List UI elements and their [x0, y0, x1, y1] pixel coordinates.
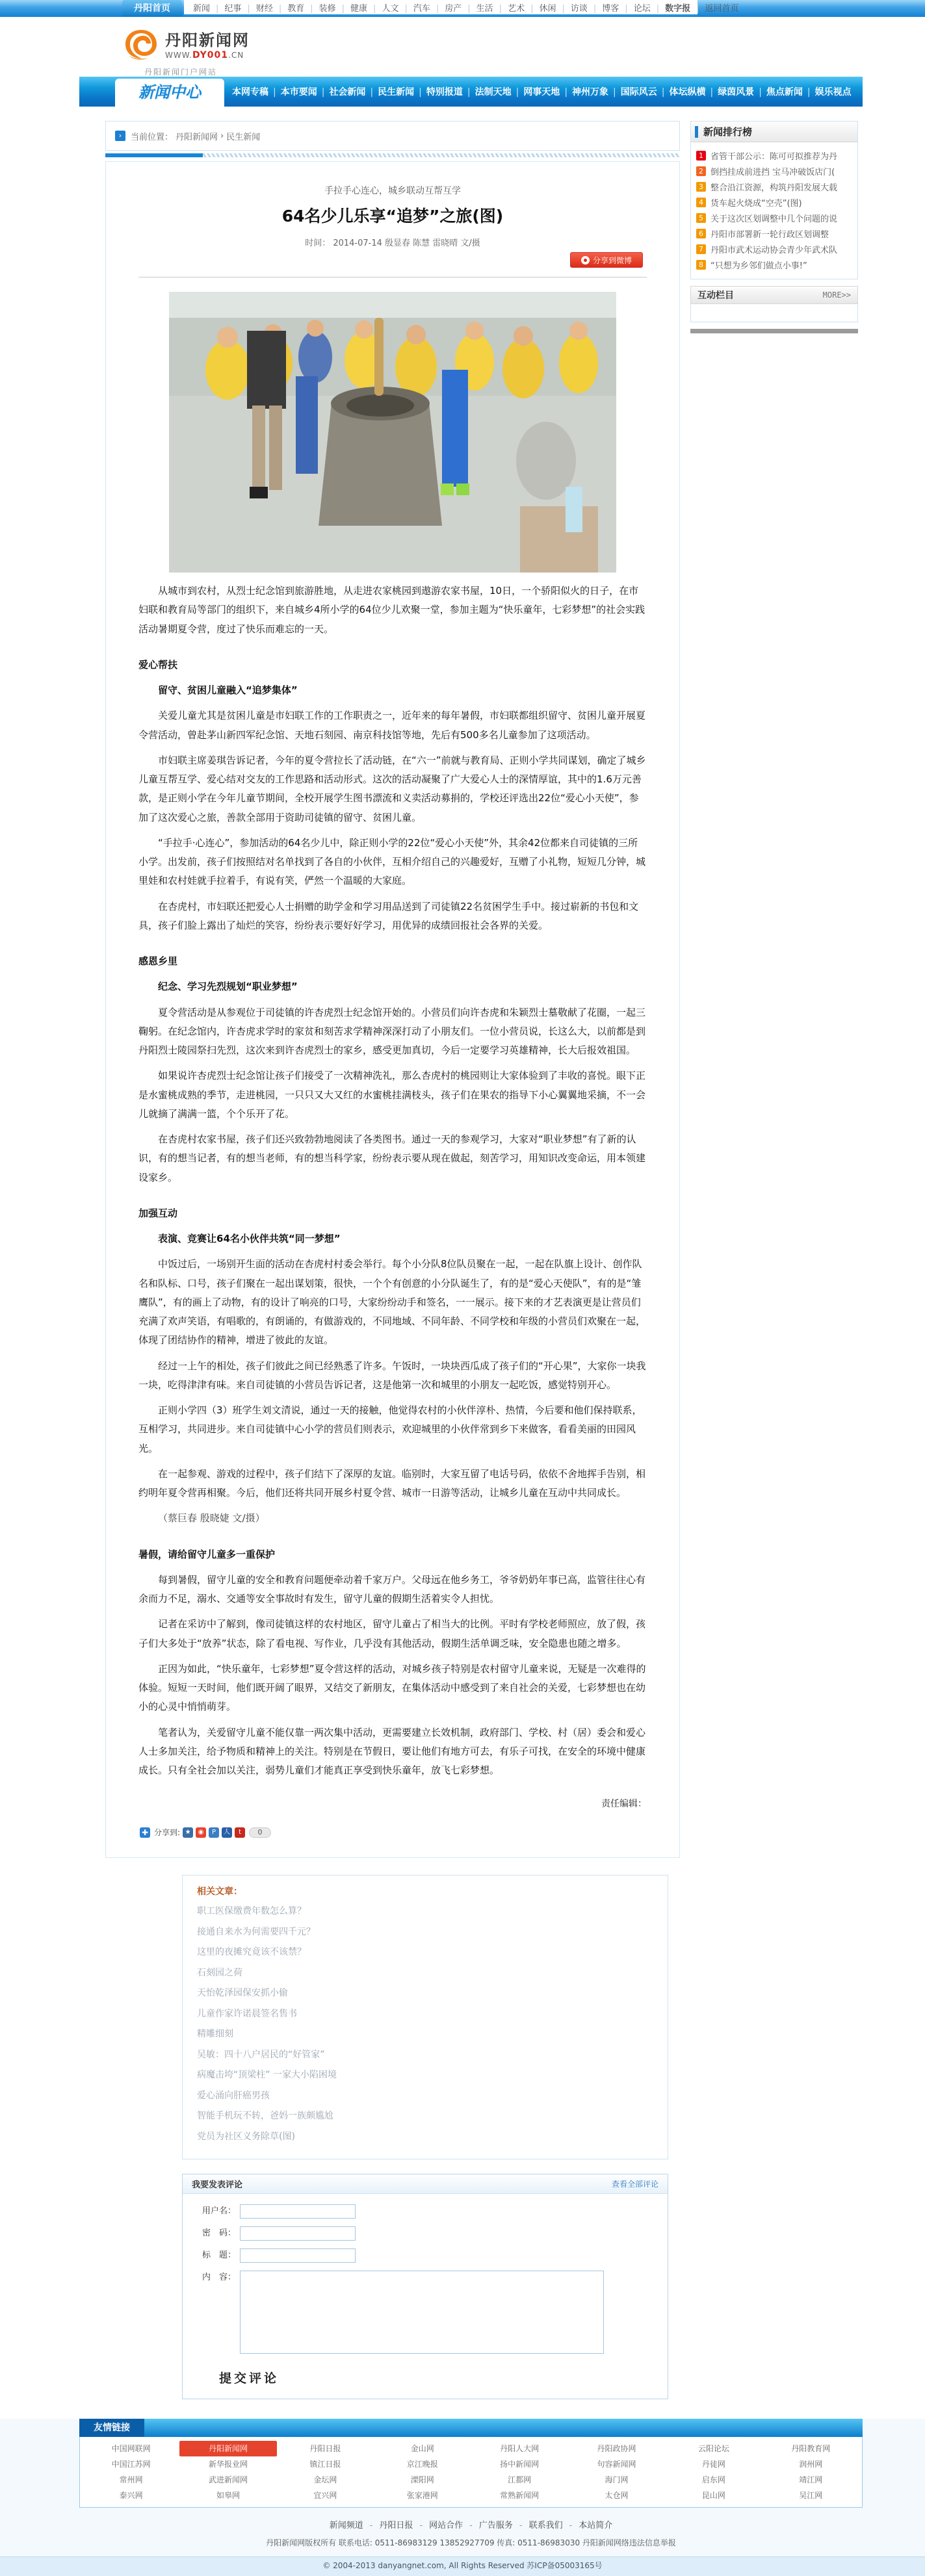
related-article-link[interactable]: 天怡乾泽园保安抓小偷	[197, 1983, 653, 2004]
title-divider	[138, 277, 647, 277]
site-logo[interactable]: 丹阳新闻网 WWW.DY001.CN	[122, 27, 250, 61]
ranking-item-link[interactable]: 倒挡挂成前进挡 宝马冲破饭店门(	[710, 165, 835, 177]
footer-link[interactable]: 丹阳新闻网	[179, 2441, 276, 2456]
related-article-link[interactable]: 这里的夜摊究竟该不该禁？	[197, 1942, 653, 1963]
editor-label: 责任编辑：	[138, 1797, 647, 1810]
footer-link[interactable]: 镇江日报	[277, 2456, 374, 2472]
topbar-link[interactable]: 论坛	[619, 1, 650, 14]
topbar-link[interactable]: 财经	[241, 1, 272, 14]
breadcrumb-site-link[interactable]: 丹阳新闻网	[176, 130, 218, 142]
footer-link[interactable]: 吴江网	[762, 2488, 859, 2503]
topbar-link[interactable]: 新闻	[193, 1, 210, 14]
footer-link[interactable]: 启东网	[665, 2472, 762, 2488]
footer-copyright-1: 丹阳新闻网版权所有 联系电话: 0511-86983129 1385292770…	[79, 2533, 863, 2551]
striped-divider	[105, 153, 680, 157]
related-article-link[interactable]: 智能手机玩不转，爸妈一族颇尴尬	[197, 2106, 653, 2127]
logo-swirl-icon	[122, 27, 160, 61]
ranking-number-badge: 2	[696, 166, 706, 176]
ranking-item-link[interactable]: 整合沿江资源，构筑丹阳发展大载	[710, 181, 837, 193]
related-article-link[interactable]: 精雕细刻	[197, 2024, 653, 2045]
weibo-icon	[581, 256, 590, 264]
related-list: 职工医保缴费年数怎么算？接通自来水为何需要四千元？这里的夜摊究竟该不该禁？石刻园…	[197, 1901, 653, 2147]
ranking-item-link[interactable]: 丹阳市部署新一轮行政区划调整	[710, 227, 829, 240]
article-meta: 时间： 2014-07-14 殷显春 陈慧 雷晓晴 文/摄	[138, 236, 647, 248]
topbar-link[interactable]: 健康	[336, 1, 367, 14]
topbar-link[interactable]: 汽车	[398, 1, 430, 14]
footer-nav-link[interactable]: 联系我们	[513, 2521, 563, 2531]
footer-link[interactable]: 丹阳日报	[277, 2441, 374, 2456]
logo-url: WWW.DY001.CN	[165, 50, 250, 60]
footer-link[interactable]: 新华报业网	[179, 2456, 276, 2472]
footer-nav: 新闻频道丹阳日报网站合作广告服务联系我们本站简介	[79, 2508, 863, 2533]
section-heading: 爱心帮扶	[138, 656, 647, 675]
footer-link[interactable]: 京江晚报	[374, 2456, 471, 2472]
footer-link[interactable]: 丹阳政协网	[568, 2441, 665, 2456]
ranking-item-link[interactable]: 省管干部公示：陈可可拟推荐为丹	[710, 149, 837, 162]
footer-link[interactable]: 扬中新闻网	[471, 2456, 568, 2472]
article-title: 64名少儿乐享“追梦”之旅(图)	[138, 203, 647, 227]
subject-input[interactable]	[240, 2248, 356, 2263]
ranking-number-badge: 7	[696, 244, 706, 254]
logo-text: 丹阳新闻网	[165, 27, 250, 50]
footer-nav-link[interactable]: 丹阳日报	[363, 2521, 413, 2531]
content-textarea[interactable]	[240, 2271, 604, 2354]
article-paragraph: 记者在采访中了解到，像司徒镇这样的农村地区，留守儿童占了相当大的比例。平时有学校…	[138, 1615, 647, 1653]
ranking-number-badge: 5	[696, 213, 706, 223]
related-article-link[interactable]: 石刻园之荷	[197, 1963, 653, 1984]
footer-link[interactable]: 中国江苏网	[83, 2456, 179, 2472]
channel-nav-item[interactable]: 体坛纵横	[657, 85, 706, 98]
friend-links-band: 友情链接	[79, 2419, 863, 2437]
ranking-box: 新闻排行榜 1省管干部公示：陈可可拟推荐为丹2倒挡挂成前进挡 宝马冲破饭店门(3…	[690, 121, 858, 279]
topbar-links: 新闻纪事财经教育装修健康人文汽车房产生活艺术休闲访谈博客论坛数字报返回首页	[193, 1, 739, 14]
ranking-item[interactable]: 3整合沿江资源，构筑丹阳发展大载	[696, 179, 852, 194]
footer-nav-link[interactable]: 新闻频道	[330, 2521, 363, 2531]
footer-link[interactable]: 武进新闻网	[179, 2472, 276, 2488]
footer-link[interactable]: 海门网	[568, 2472, 665, 2488]
topbar-link[interactable]: 纪事	[210, 1, 241, 14]
footer-link[interactable]: 泰兴网	[83, 2488, 179, 2503]
share-bar: ✚ 分享到: ★ ◉ P 人 t 0	[140, 1827, 647, 1838]
footer-link[interactable]: 金坛网	[277, 2472, 374, 2488]
article-body: 从城市到农村，从烈士纪念馆到旅游胜地，从走进农家桃园到遨游农家书屋，10日，一个…	[138, 582, 647, 1780]
ranking-item[interactable]: 4货车起火烧成“空壳”(图)	[696, 194, 852, 210]
interact-title: 互动栏目	[697, 289, 734, 302]
article-paragraph: 每到暑假，留守儿童的安全和教育问题便牵动着千家万户。父母远在他乡务工，爷爷奶奶年…	[138, 1571, 647, 1609]
breadcrumb-arrow-icon: ›	[115, 131, 125, 141]
footer-link[interactable]: 太仓网	[568, 2488, 665, 2503]
channel-nav-item[interactable]: 娱乐视点	[803, 85, 852, 98]
tencent-weibo-icon[interactable]: t	[235, 1827, 245, 1838]
footer-link[interactable]: 润州网	[762, 2456, 859, 2472]
footer-nav-link[interactable]: 广告服务	[463, 2521, 513, 2531]
topbar-link[interactable]: 休闲	[525, 1, 556, 14]
section-subheading: 纪念、学习先烈规划“职业梦想”	[138, 977, 647, 996]
interact-body	[690, 304, 858, 322]
ranking-number-badge: 3	[696, 182, 706, 192]
footer-link[interactable]: 如皋网	[179, 2488, 276, 2503]
footer-link[interactable]: 常熟新闻网	[471, 2488, 568, 2503]
topbar-back-home-link[interactable]: 返回首页	[690, 1, 738, 14]
footer-link[interactable]: 句容新闻网	[568, 2456, 665, 2472]
submit-comment-button[interactable]: 提交评论	[215, 2368, 283, 2387]
password-label: 密 码：	[196, 2226, 236, 2241]
channel-nav-item[interactable]: 国际风云	[608, 85, 657, 98]
ranking-item-link[interactable]: 货车起火烧成“空壳”(图)	[710, 196, 802, 209]
footer-link[interactable]: 溧阳网	[374, 2472, 471, 2488]
topbar-link[interactable]: 数字报	[651, 1, 690, 14]
footer-link[interactable]: 中国网联网	[83, 2441, 179, 2456]
qzone-icon[interactable]: ★	[183, 1827, 193, 1838]
ranking-item-link[interactable]: “只想为乡邻们做点小事!”	[710, 259, 807, 271]
section-heading: 暑假，请给留守儿童多一重保护	[138, 1545, 647, 1564]
topbar-home-tab[interactable]: 丹阳首页	[122, 0, 182, 17]
comment-title: 我要发表评论	[192, 2178, 242, 2190]
channel-nav-item[interactable]: 法制天地	[463, 85, 512, 98]
article-paragraph: 正则小学四（3）班学生刘文清说，通过一天的接触，他觉得农村的小伙伴淳朴、热情，今…	[138, 1401, 647, 1458]
channel-nav-items: 本网专稿本市要闻社会新闻民生新闻特别报道法制天地网事天地神州万象国际风云体坛纵横…	[232, 77, 852, 107]
section-heading: 感恩乡里	[138, 952, 647, 971]
related-article-link[interactable]: 党员为社区义务除草(图)	[197, 2127, 653, 2148]
footer-nav-link[interactable]: 网站合作	[413, 2521, 463, 2531]
article: 手拉手心连心，城乡联动互帮互学 64名少儿乐享“追梦”之旅(图) 时间： 201…	[105, 161, 680, 1858]
footer-link[interactable]: 江都网	[471, 2472, 568, 2488]
share-plus-icon[interactable]: ✚	[140, 1827, 150, 1838]
footer-link[interactable]: 丹阳人大网	[471, 2441, 568, 2456]
ranking-item-link[interactable]: 丹阳市武术运动协会青少年武术队	[710, 243, 837, 255]
channel-nav-item[interactable]: 焦点新闻	[754, 85, 803, 98]
breadcrumb: › 当前位置： 丹阳新闻网 › 民生新闻	[105, 121, 680, 151]
related-article-link[interactable]: 吴敏：四十八户居民的“好管家”	[197, 2045, 653, 2066]
share-count: 0	[249, 1827, 271, 1838]
subject-label: 标 题：	[196, 2248, 236, 2263]
channel-nav-item[interactable]: 绿茵风景	[705, 85, 754, 98]
channel-nav-item[interactable]: 本网专稿	[232, 85, 268, 98]
share-bar-label: 分享到:	[154, 1827, 180, 1838]
topbar-link[interactable]: 装修	[304, 1, 335, 14]
breadcrumb-section-link[interactable]: 民生新闻	[226, 130, 260, 142]
related-article-link[interactable]: 病魔击垮“顶梁柱” 一家大小陷困境	[197, 2065, 653, 2086]
ranking-title: 新闻排行榜	[703, 125, 752, 138]
footer-link[interactable]: 宜兴网	[277, 2488, 374, 2503]
article-paragraph: 关爱儿童尤其是贫困儿童是市妇联工作的工作职责之一，近年来的每年暑假，市妇联都组织…	[138, 706, 647, 745]
breadcrumb-separator: ›	[220, 131, 224, 141]
channel-nav-item[interactable]: 神州万象	[560, 85, 608, 98]
related-article-link[interactable]: 儿童作家许诺晨签名售书	[197, 2004, 653, 2025]
channel-nav-item[interactable]: 网事天地	[512, 85, 560, 98]
topbar-link[interactable]: 访谈	[556, 1, 587, 14]
ranking-item[interactable]: 7丹阳市武术运动协会青少年武术队	[696, 241, 852, 257]
sidebar: 新闻排行榜 1省管干部公示：陈可可拟推荐为丹2倒挡挂成前进挡 宝马冲破饭店门(3…	[690, 121, 858, 2399]
footer-link[interactable]: 云阳论坛	[665, 2441, 762, 2456]
footer-copyright-2: © 2004-2013 danyangnet.com, All Rights R…	[0, 2557, 925, 2576]
pengyou-icon[interactable]: P	[209, 1827, 219, 1838]
article-paragraph: 市妇联主席姜琪告诉记者，今年的夏令营拉长了活动链，在“六一”前就与教育局、正则小…	[138, 751, 647, 827]
ranking-number-badge: 1	[696, 151, 706, 161]
channel-nav-item[interactable]: 民生新闻	[365, 85, 414, 98]
ranking-item[interactable]: 1省管干部公示：陈可可拟推荐为丹	[696, 148, 852, 163]
section-heading: 加强互动	[138, 1204, 647, 1223]
footer-link[interactable]: 靖江网	[762, 2472, 859, 2488]
article-paragraph: 如果说许杏虎烈士纪念馆让孩子们接受了一次精神洗礼，那么杏虎村的桃园则让大家体验到…	[138, 1066, 647, 1124]
footer-nav-link[interactable]: 本站简介	[563, 2521, 613, 2531]
friend-links-grid: 中国网联网丹阳新闻网丹阳日报金山网丹阳人大网丹阳政协网云阳论坛丹阳教育网中国江苏…	[79, 2437, 863, 2508]
article-paragraph: “手拉手·心连心”，参加活动的64名少儿中，除正则小学的22位“爱心小天使”外，…	[138, 834, 647, 891]
footer-link[interactable]: 丹徒网	[665, 2456, 762, 2472]
ranking-item[interactable]: 5关于这次区划调整中几个问题的说	[696, 210, 852, 225]
channel-nav: 新闻中心 本网专稿本市要闻社会新闻民生新闻特别报道法制天地网事天地神州万象国际风…	[79, 77, 863, 107]
interact-bar: 互动栏目 MORE>>	[690, 286, 858, 304]
page-footer: 友情链接 中国网联网丹阳新闻网丹阳日报金山网丹阳人大网丹阳政协网云阳论坛丹阳教育…	[0, 2419, 925, 2576]
footer-link[interactable]: 常州网	[83, 2472, 179, 2488]
top-bar: 丹阳首页 新闻纪事财经教育装修健康人文汽车房产生活艺术休闲访谈博客论坛数字报返回…	[0, 0, 925, 17]
footer-link[interactable]: 昆山网	[665, 2488, 762, 2503]
content-label: 内 容：	[196, 2271, 236, 2285]
ranking-item[interactable]: 2倒挡挂成前进挡 宝马冲破饭店门(	[696, 163, 852, 179]
article-paragraph: 正因为如此，“快乐童年，七彩梦想”夏令营这样的活动，对城乡孩子特别是农村留守儿童…	[138, 1660, 647, 1717]
share-to-weibo-button[interactable]: 分享到微博	[570, 252, 643, 268]
ranking-number-badge: 6	[696, 229, 706, 238]
ranking-item[interactable]: 8“只想为乡邻们做点小事!”	[696, 257, 852, 272]
related-article-link[interactable]: 接通自来水为何需要四千元？	[197, 1922, 653, 1943]
site-slogan: 丹阳新闻门户网站	[144, 66, 217, 77]
article-paragraph: 中饭过后，一场别开生面的活动在杏虎村村委会举行。每个小分队8位队员聚在一起，一起…	[138, 1255, 647, 1350]
section-subheading: 表演、竞赛让64名小伙伴共筑“同一梦想”	[138, 1230, 647, 1248]
channel-nav-title[interactable]: 新闻中心	[115, 79, 224, 107]
sina-weibo-icon[interactable]: ◉	[196, 1827, 206, 1838]
interact-more-link[interactable]: MORE>>	[823, 290, 851, 300]
article-paragraph: 笔者认为，关爱留守儿童不能仅靠一两次集中活动，更需要建立长效机制，政府部门、学校…	[138, 1723, 647, 1781]
friend-links-title: 友情链接	[79, 2419, 144, 2437]
sidebar-divider	[690, 329, 858, 333]
renren-icon[interactable]: 人	[222, 1827, 232, 1838]
channel-nav-item[interactable]: 特别报道	[414, 85, 463, 98]
related-articles: 相关文章： 职工医保缴费年数怎么算？接通自来水为何需要四千元？这里的夜摊究竟该不…	[182, 1875, 668, 2159]
article-paragraph: （蔡巨春 殷晓婕 文/摄）	[138, 1509, 647, 1528]
article-photo	[169, 292, 616, 573]
topbar-link[interactable]: 房产	[430, 1, 462, 14]
breadcrumb-label: 当前位置：	[131, 130, 173, 142]
comment-box: 我要发表评论 查看全部评论 用户名： 密 码： 标 题： 内 容：	[182, 2174, 668, 2399]
ranking-list: 1省管干部公示：陈可可拟推荐为丹2倒挡挂成前进挡 宝马冲破饭店门(3整合沿江资源…	[691, 142, 857, 279]
topbar-link[interactable]: 人文	[367, 1, 398, 14]
ranking-number-badge: 4	[696, 198, 706, 207]
topbar-link[interactable]: 生活	[462, 1, 493, 14]
ranking-accent-bar	[695, 126, 698, 138]
password-input[interactable]	[240, 2226, 356, 2241]
article-subtitle: 手拉手心连心，城乡联动互帮互学	[138, 184, 647, 197]
related-article-link[interactable]: 爱心涌向肝癌男孩	[197, 2086, 653, 2107]
article-paragraph: 在杏虎村，市妇联还把爱心人士捐赠的助学金和学习用品送到了司徒镇22名贫困学生手中…	[138, 897, 647, 936]
article-paragraph: 在一起参观、游戏的过程中，孩子们结下了深厚的友谊。临别时，大家互留了电话号码，依…	[138, 1465, 647, 1503]
section-subheading: 留守、贫困儿童融入“追梦集体”	[138, 681, 647, 700]
related-title: 相关文章：	[197, 1885, 653, 1898]
site-header: 丹阳新闻网 WWW.DY001.CN 丹阳新闻门户网站	[79, 17, 863, 77]
article-intro-paragraph: 从城市到农村，从烈士纪念馆到旅游胜地，从走进农家桃园到遨游农家书屋，10日，一个…	[138, 582, 647, 639]
article-paragraph: 经过一上午的相处，孩子们彼此之间已经熟悉了许多。午饭时，一块块西瓜成了孩子们的“…	[138, 1357, 647, 1395]
related-article-link[interactable]: 职工医保缴费年数怎么算？	[197, 1901, 653, 1922]
username-input[interactable]	[240, 2204, 356, 2219]
channel-nav-item[interactable]: 社会新闻	[317, 85, 366, 98]
footer-link[interactable]: 张家港网	[374, 2488, 471, 2503]
article-paragraph: 在杏虎村农家书屋，孩子们还兴致勃勃地阅读了各类图书。通过一天的参观学习，大家对“…	[138, 1130, 647, 1187]
topbar-link[interactable]: 艺术	[493, 1, 525, 14]
username-label: 用户名：	[196, 2204, 236, 2219]
ranking-number-badge: 8	[696, 260, 706, 270]
footer-link[interactable]: 丹阳教育网	[762, 2441, 859, 2456]
ranking-item[interactable]: 6丹阳市部署新一轮行政区划调整	[696, 225, 852, 241]
ranking-item-link[interactable]: 关于这次区划调整中几个问题的说	[710, 212, 837, 224]
channel-nav-item[interactable]: 本市要闻	[268, 85, 317, 98]
article-paragraph: 夏令营活动是从参观位于司徒镇的许杏虎烈士纪念馆开始的。小营员们向许杏虎和朱颖烈士…	[138, 1003, 647, 1061]
topbar-link[interactable]: 教育	[273, 1, 304, 14]
topbar-link[interactable]: 博客	[588, 1, 619, 14]
view-all-comments-link[interactable]: 查看全部评论	[612, 2178, 658, 2189]
footer-link[interactable]: 金山网	[374, 2441, 471, 2456]
